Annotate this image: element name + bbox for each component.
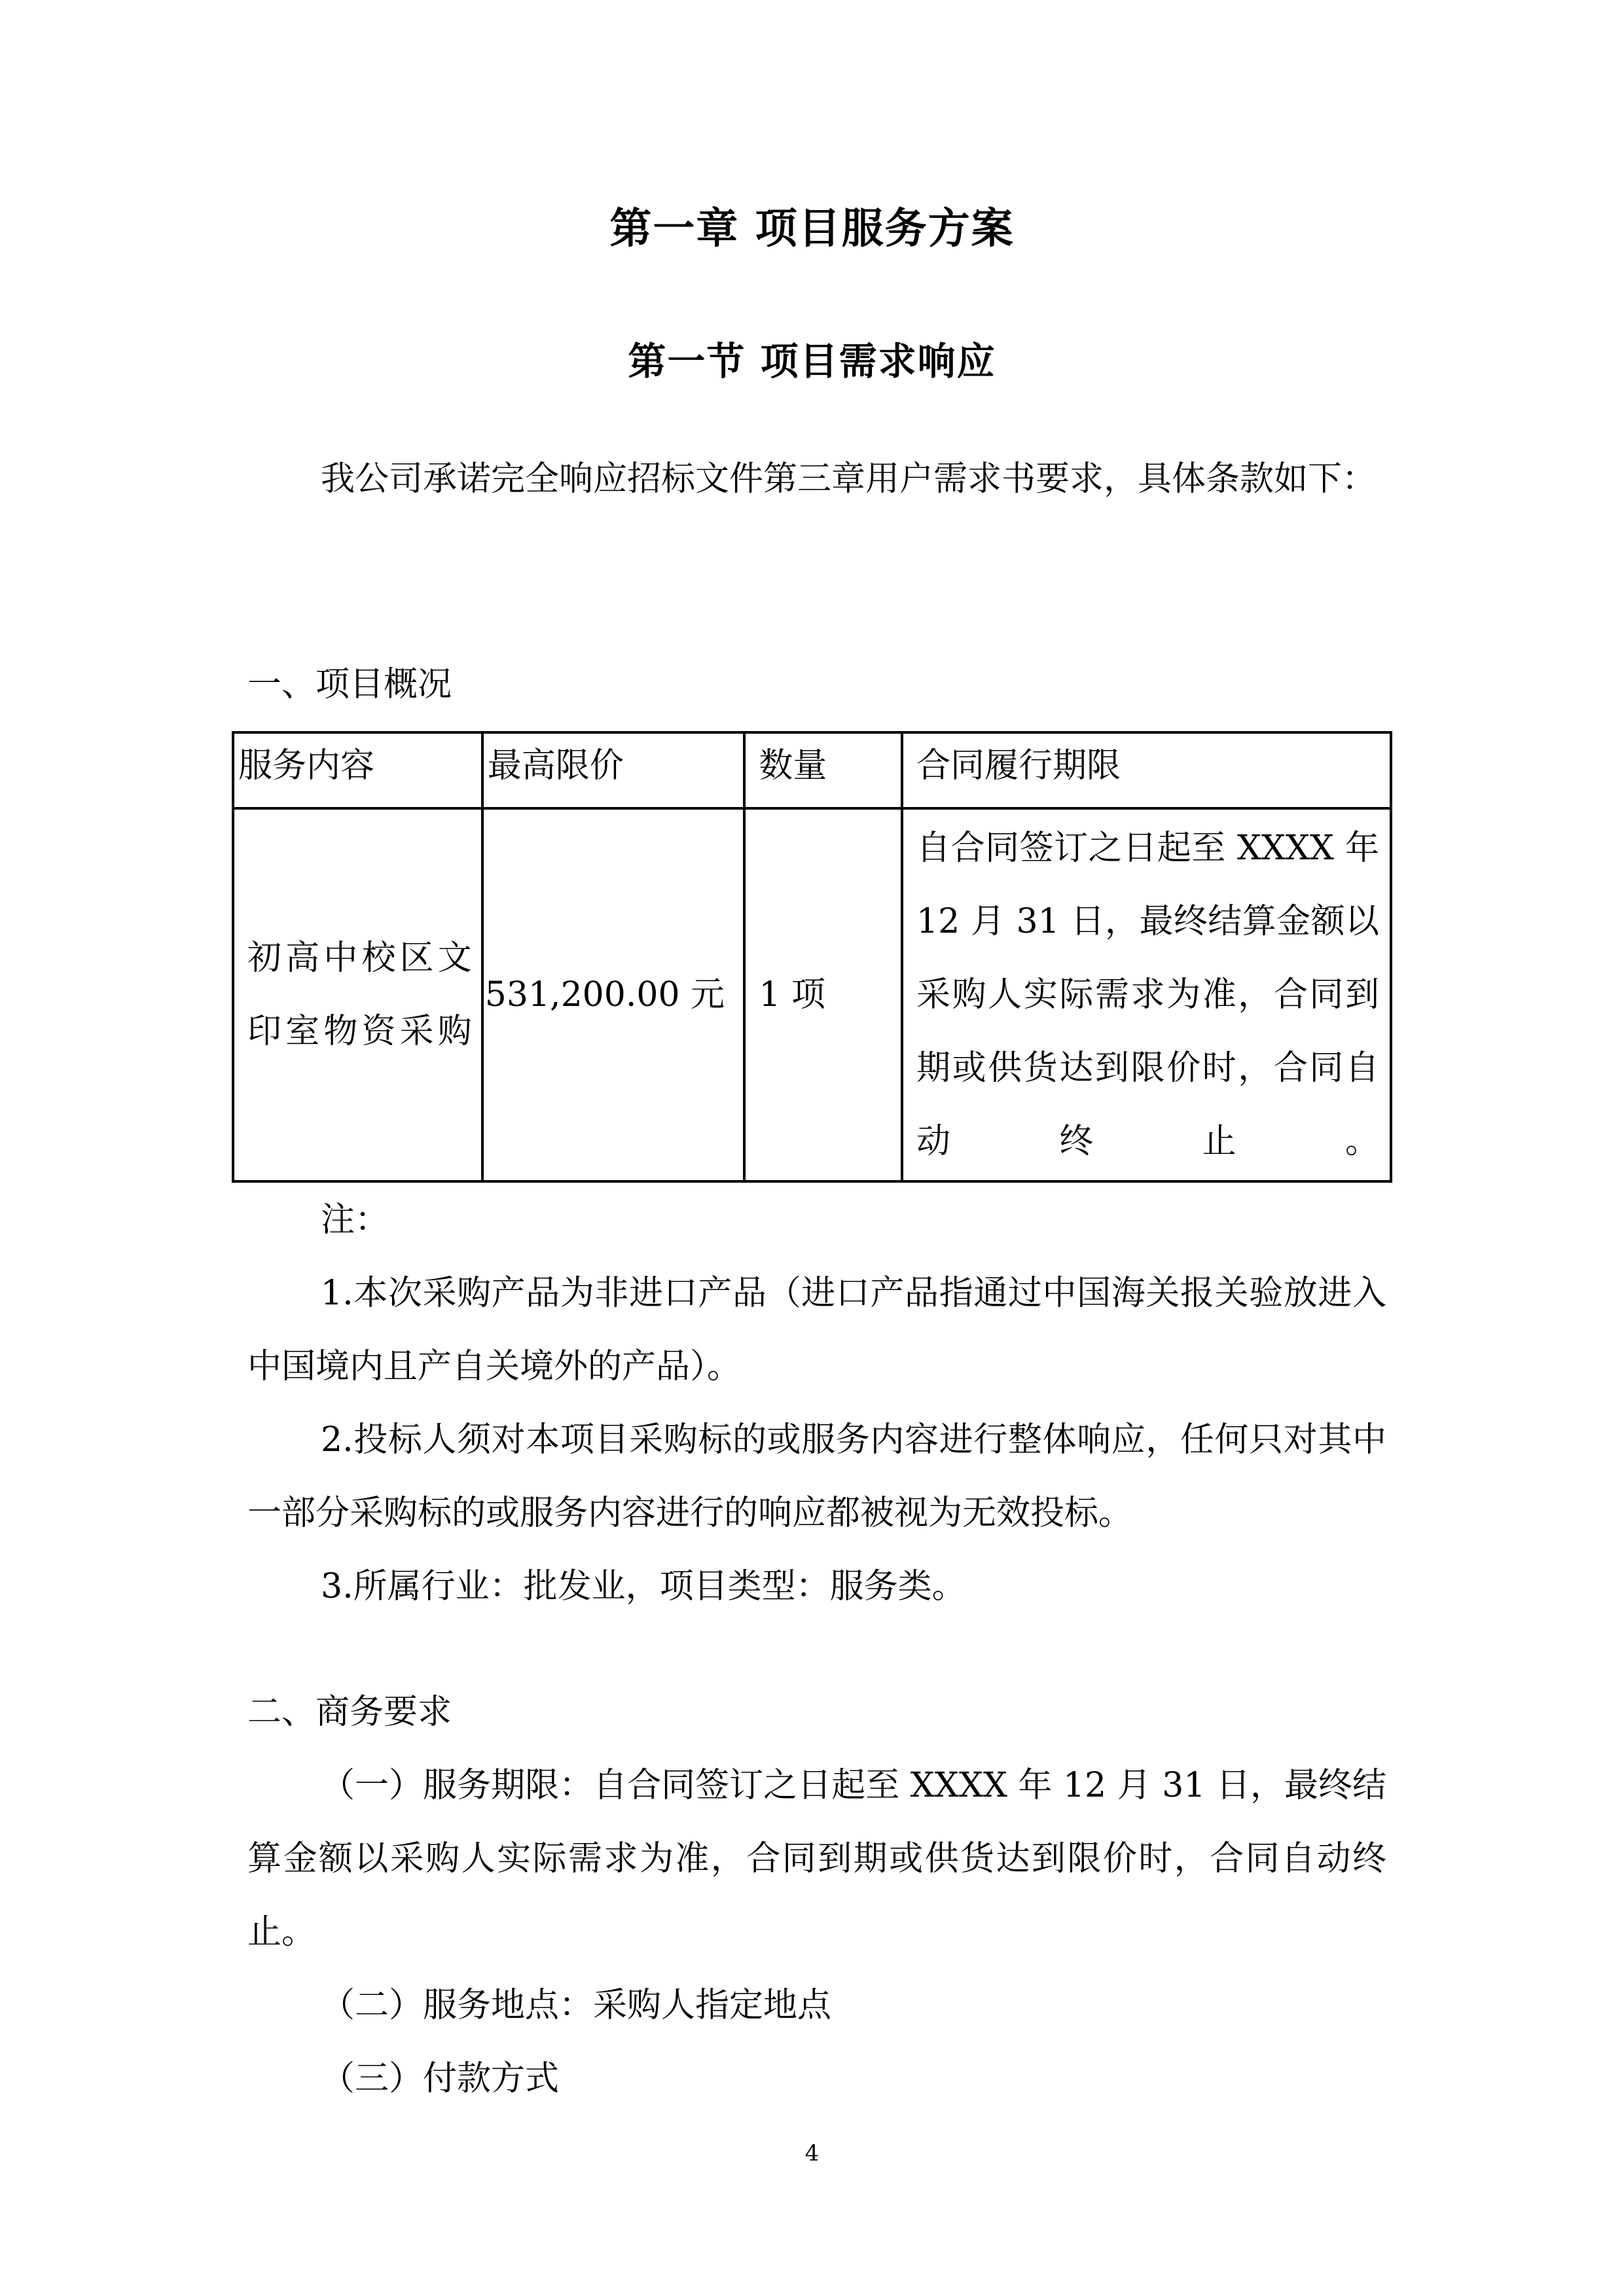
- note-item: 3.所属行业：批发业，项目类型：服务类。: [247, 1550, 1386, 1623]
- column-header: 最高限价: [482, 732, 745, 808]
- business-item: （一）服务期限：自合同签订之日起至 XXXX 年 12 月 31 日，最终结算金…: [247, 1749, 1386, 1969]
- section-title: 第一节 项目需求响应: [0, 331, 1624, 386]
- note-item: 2.投标人须对本项目采购标的或服务内容进行整体响应，任何只对其中一部分采购标的或…: [247, 1403, 1386, 1550]
- page-number: 4: [0, 2140, 1624, 2166]
- overview-table: 服务内容 最高限价 数量 合同履行期限 初高中校区文印室物资采购 531,200…: [232, 731, 1392, 1183]
- notes-label-text: 注：: [247, 1200, 389, 1240]
- cell-service: 初高中校区文印室物资采购: [233, 808, 482, 1181]
- business-item: （二）服务地点：采购人指定地点: [247, 1969, 1386, 2042]
- business-item: （三）付款方式: [247, 2042, 1386, 2115]
- notes-label: 注：: [247, 1183, 1386, 1257]
- business-heading: 二、商务要求: [247, 1676, 452, 1749]
- note-item: 1.本次采购产品为非进口产品（进口产品指通过中国海关报关验放进入中国境内且产自关…: [247, 1257, 1386, 1403]
- overview-heading: 一、项目概况: [247, 648, 452, 721]
- cell-term: 自合同签订之日起至 XXXX 年 12 月 31 日，最终结算金额以采购人实际需…: [902, 808, 1391, 1181]
- column-header: 合同履行期限: [902, 732, 1391, 808]
- column-header: 数量: [744, 732, 902, 808]
- document-page: 第一章 项目服务方案 第一节 项目需求响应 我公司承诺完全响应招标文件第三章用户…: [0, 0, 1624, 2296]
- table-header-row: 服务内容 最高限价 数量 合同履行期限: [233, 732, 1391, 808]
- intro-paragraph: 我公司承诺完全响应招标文件第三章用户需求书要求，具体条款如下：: [247, 442, 1386, 516]
- cell-quantity: 1 项: [744, 808, 902, 1181]
- cell-max-price: 531,200.00 元: [482, 808, 745, 1181]
- table-row: 初高中校区文印室物资采购 531,200.00 元 1 项 自合同签订之日起至 …: [233, 808, 1391, 1181]
- column-header: 服务内容: [233, 732, 482, 808]
- chapter-title: 第一章 项目服务方案: [0, 195, 1624, 255]
